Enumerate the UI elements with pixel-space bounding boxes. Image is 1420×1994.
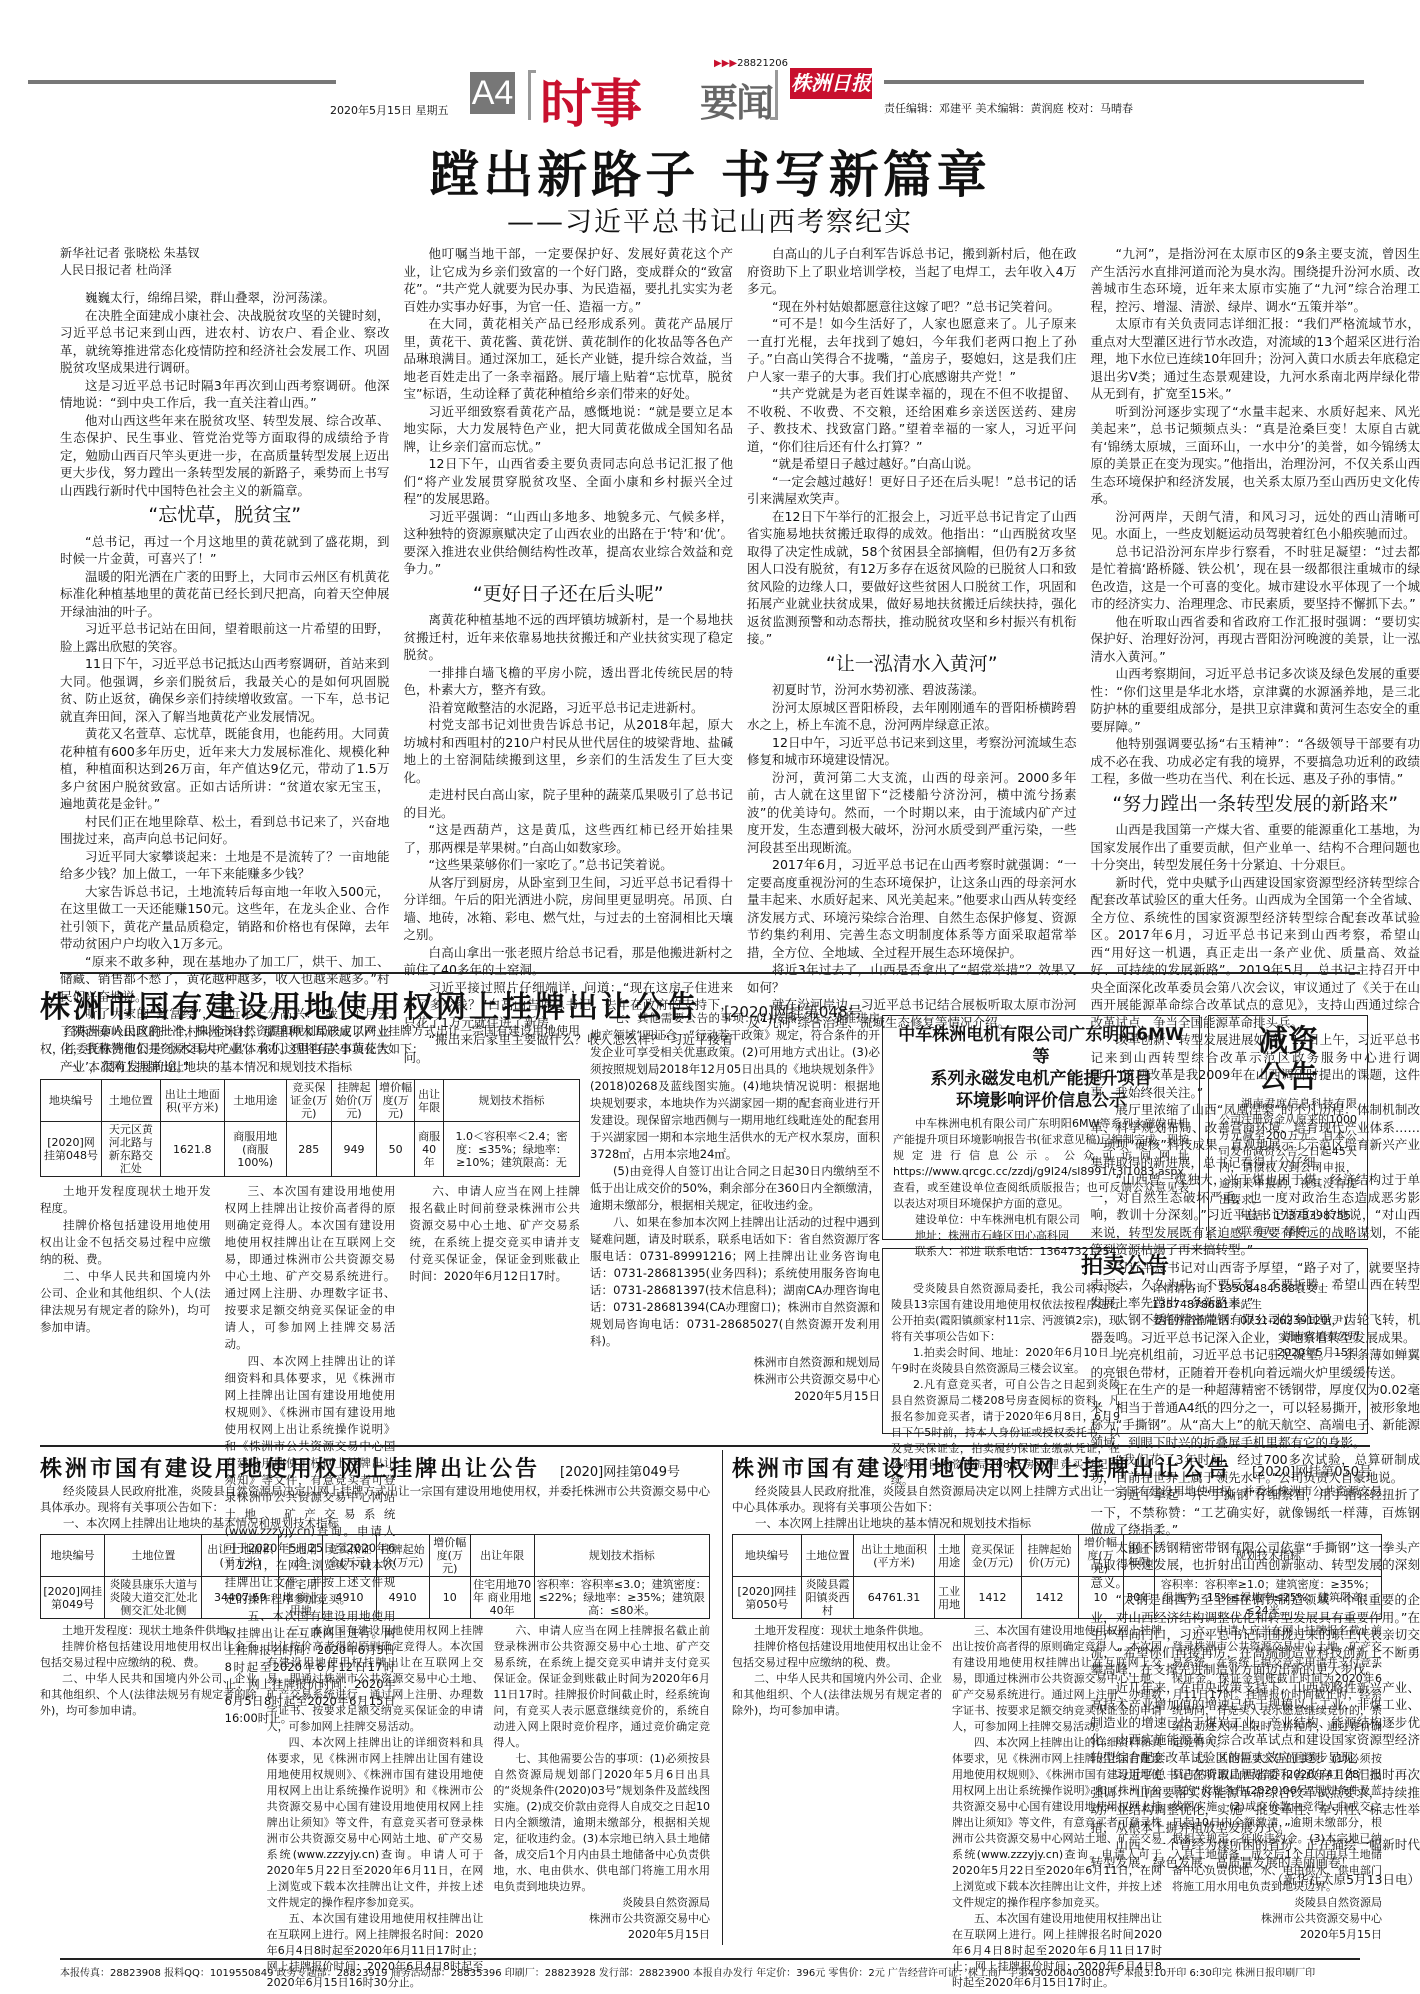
table-cell: 住宅用地70年 商业用地40年 bbox=[470, 1577, 534, 1619]
paragraph: 习近平细致察看黄花产品，感慨地说：“就是要立足本地实际，大力发展特色产业，把大同… bbox=[404, 403, 734, 456]
table-cell: 工业用地 bbox=[934, 1577, 964, 1619]
table-row: [2020]网挂第050号炎陵县霞阳镇炎西村64761.31工业用地141214… bbox=[733, 1577, 1382, 1619]
table-header: 土地用途 bbox=[934, 1535, 964, 1577]
paragraph: “现在外村姑娘都愿意往这嫁了吧？”总书记笑着问。 bbox=[747, 298, 1077, 316]
notice-column: 三、本次国有建设用地使用权网上挂牌出让按价高者得的原则确定竞得人。本次国有建设用… bbox=[267, 1623, 484, 1991]
signature: 株洲市公共资源交易中心 bbox=[493, 1911, 710, 1927]
section-subtitle: 要闻 bbox=[700, 72, 772, 127]
byline: 新华社记者 张晓松 朱基钗 人民日报记者 杜尚泽 bbox=[60, 245, 390, 279]
paragraph: 汾河两岸，天朗气清，和风习习，远处的西山清晰可见。水面上，一些皮划艇运动员驾驶着… bbox=[1091, 508, 1420, 543]
table-header: 竞买保证金(万元) bbox=[286, 1080, 331, 1122]
table-header: 出让年限 bbox=[470, 1535, 534, 1577]
notice-050: 株洲市国有建设用地使用权网上挂牌出让公告 [2020]网挂第050号 经炎陵县人… bbox=[732, 1452, 1382, 1991]
table-row: [2020]网挂第049号炎陵县康乐大道与炎陵大道交汇处北侧交汇处北侧34407… bbox=[41, 1577, 710, 1619]
paragraph: 温暖的阳光洒在广袤的田野上，大同市云州区有机黄花标准化种植基地里的黄花苗已经长到… bbox=[60, 568, 390, 621]
table-cell: 1412 bbox=[964, 1577, 1021, 1619]
paragraph: 黄花又名萱草、忘忧草，既能食用，也能药用。大同黄花种植有600多年历史，近年来大… bbox=[60, 725, 390, 813]
subheading: “更好日子还在后头呢” bbox=[404, 586, 734, 604]
table-cell: [2020]网挂第048号 bbox=[41, 1122, 102, 1177]
paragraph: 汾河，黄河第二大支流，山西的母亲河。2000多年前，古人就在这里留下“泛楼船兮济… bbox=[747, 769, 1077, 857]
auction-notice: 拍卖公告 受炎陵县自然资源局委托，我公司将对炎陵县13宗国有建设用地使用权依法按… bbox=[882, 1248, 1368, 1434]
paragraph: 大家告诉总书记，土地流转后每亩地一年收入500元，在这里做工一天还能赚150元。… bbox=[60, 883, 390, 953]
paragraph: 习近平强调：“山西山多地多、地貌多元、气候多样，这种独特的资源禀赋决定了山西农业… bbox=[404, 508, 734, 578]
paragraph: 在决胜全面建成小康社会、决战脱贫攻坚的关键时刻，习近平总书记来到山西，进农村、访… bbox=[60, 307, 390, 377]
signature: 株洲市公共资源交易中心 bbox=[1172, 1911, 1382, 1927]
table-header: 土地用途 bbox=[224, 1080, 286, 1122]
paragraph: 习近平总书记站在田间，望着眼前这一片希望的田野，脸上露出欣慰的笑容。 bbox=[60, 620, 390, 655]
table-header: 竞买保证金(万元) bbox=[964, 1535, 1021, 1577]
paragraph: 初夏时节，汾河水势初涨、碧波荡漾。 bbox=[747, 681, 1077, 699]
paragraph: 听到汾河逐步实现了“水量丰起来、水质好起来、风光美起来”，总书记频频点头：“真是… bbox=[1091, 403, 1420, 508]
paragraph: 习近平同大家攀谈起来：土地是不是流转了？一亩地能给多少钱？加上做工，一年下来能赚… bbox=[60, 848, 390, 883]
paragraph: 一排排白墙飞檐的平房小院，透出晋北传统民居的特色，朴素大方，整齐有致。 bbox=[404, 664, 734, 699]
subheading: “忘忧草，脱贫宝” bbox=[60, 507, 390, 525]
paragraph: 11日下午，习近平总书记抵达山西考察调研，首站来到大同。他强调，乡亲们脱贫后，我… bbox=[60, 655, 390, 725]
subheading: “努力蹚出一条转型发展的新路来” bbox=[1091, 796, 1420, 814]
notice-049: 株洲市国有建设用地使用权网上挂牌出让公告 [2020]网挂第049号 经炎陵县人… bbox=[40, 1452, 710, 1991]
section-title: 时事 bbox=[540, 62, 640, 137]
notice-column: 土地开发程度：现状土地条件供地。挂牌价格包括建设用地使用权出让金不包括交易过程中… bbox=[732, 1623, 942, 1991]
land-table: 地块编号土地位置出让土地面积(平方米)土地用途竞买保证金(万元)挂牌起始价(万元… bbox=[40, 1534, 710, 1619]
table-header: 土地位置 bbox=[105, 1535, 202, 1577]
paragraph: 山西是我国第一产煤大省、重要的能源重化工基地，为国家发展作出了重要贡献，但产业单… bbox=[1091, 821, 1420, 874]
table-cell: 50 bbox=[377, 1122, 415, 1177]
paragraph: 太原市有关负责同志详细汇报：“我们严格流域节水，重点对大型灌区进行节水改造，对流… bbox=[1091, 315, 1420, 403]
page-number: A4 bbox=[470, 72, 515, 114]
arrow-icon: ▶▶▶ bbox=[714, 58, 737, 69]
table-header: 规划技术指标 bbox=[1155, 1535, 1382, 1577]
paragraph: 他特别强调要弘扬“右玉精神”：“各级领导干部要有功成不必在我、功成必定有我的境界… bbox=[1091, 735, 1420, 788]
capital-reduction-notice: 减资 公告 湖南君度信息科技有限公司注册资金从原来的1000万元减至200万元。… bbox=[1208, 1015, 1368, 1240]
table-cell: 炎陵县霞阳镇炎西村 bbox=[801, 1577, 854, 1619]
table-cell: 30年 bbox=[1123, 1577, 1155, 1619]
table-row: [2020]网挂第048号天元区黄河北路与新东路交汇处1621.8商服用地(商服… bbox=[41, 1122, 580, 1177]
table-cell: 商服40年 bbox=[415, 1122, 444, 1177]
table-cell: 34407.69 bbox=[202, 1577, 279, 1619]
table-cell: 4910 bbox=[376, 1577, 429, 1619]
subheading: “让一泓清水入黄河” bbox=[747, 656, 1077, 674]
paragraph: 在大同，黄花相关产品已经形成系列。黄花产品展厅里，黄花干、黄花酱、黄花饼、黄花制… bbox=[404, 315, 734, 403]
table-header: 土地位置 bbox=[101, 1080, 160, 1122]
table-header: 出让土地面积(平方米) bbox=[160, 1080, 224, 1122]
section-divider bbox=[60, 972, 1360, 974]
table-cell: 4910 bbox=[323, 1577, 376, 1619]
paragraph: “可不是！如今生活好了，人家也愿意来了。儿子原来一直打光棍，去年找到了媳妇，今年… bbox=[747, 315, 1077, 385]
table-header: 地块编号 bbox=[733, 1535, 802, 1577]
land-table: 地块编号土地位置出让土地面积(平方米)土地用途竞买保证金(万元)挂牌起始价(万元… bbox=[732, 1534, 1382, 1619]
paragraph: 村党支部书记刘世贵告诉总书记，从2018年起，原大坊城村和西咀村的210户村民从… bbox=[404, 716, 734, 786]
paragraph: 12日下午，山西省委主要负责同志向总书记汇报了他们“将产业发展贯穿脱贫攻坚、全面… bbox=[404, 455, 734, 508]
paragraph: 沿着宽敞整洁的水泥路，习近平总书记走进新村。 bbox=[404, 699, 734, 717]
table-cell: 住宅用地 商业用地 bbox=[279, 1577, 323, 1619]
signature: 炎陵县自然资源局 bbox=[493, 1895, 710, 1911]
table-cell: 天元区黄河北路与新东路交汇处 bbox=[101, 1122, 160, 1177]
article-subheadline: ——习近平总书记山西考察纪实 bbox=[0, 200, 1420, 239]
table-header: 出让土地面积(平方米) bbox=[202, 1535, 279, 1577]
table-cell: 1621.8 bbox=[160, 1122, 224, 1177]
table-cell: 64761.31 bbox=[854, 1577, 934, 1619]
section-bracket-right bbox=[770, 70, 778, 120]
column-divider bbox=[722, 1450, 723, 1945]
paragraph: 他在听取山西省委和省政府工作汇报时强调：“要切实保护好、治理好汾河，再现古晋阳汾… bbox=[1091, 613, 1420, 666]
paragraph: 12日中午，习近平总书记来到这里，考察汾河流域生态修复和城市环境建设情况。 bbox=[747, 734, 1077, 769]
table-cell: 285 bbox=[286, 1122, 331, 1177]
table-header: 地块编号 bbox=[41, 1535, 105, 1577]
paragraph: “一定会越过越好！更好日子还在后头呢！”总书记的话引来满屋欢笑声。 bbox=[747, 473, 1077, 508]
hotline: ▶▶▶28821206 bbox=[714, 58, 788, 69]
paper-logo: 株洲日报 bbox=[790, 68, 872, 99]
table-header: 竞买保证金(万元) bbox=[323, 1535, 376, 1577]
paragraph: 村民们正在地里除草、松土，看到总书记来了，兴奋地围拢过来，高声向总书记问好。 bbox=[60, 813, 390, 848]
table-cell: 容积率：容积率≤3.0；建筑密度：≤22%；绿地率：≥35%；建筑限高：≤80米… bbox=[534, 1577, 709, 1619]
table-cell: 10 bbox=[1078, 1577, 1123, 1619]
table-header: 土地位置 bbox=[801, 1535, 854, 1577]
paragraph: 他对山西这些年来在脱贫攻坚、转型发展、综合改革、生态保护、民生事业、管党治党等方… bbox=[60, 412, 390, 500]
paragraph: 离黄花种植基地不远的西坪镇坊城新村，是一个易地扶贫搬迁村，近年来依靠易地扶贫搬迁… bbox=[404, 611, 734, 664]
paragraph: 走进村民白高山家，院子里种的蔬菜瓜果吸引了总书记的目光。 bbox=[404, 786, 734, 821]
signature: 2020年5月15日 bbox=[493, 1927, 710, 1943]
table-cell: 10 bbox=[429, 1577, 470, 1619]
article-headline: 蹚出新路子 书写新篇章 bbox=[0, 135, 1420, 207]
table-header: 增价幅度(万元) bbox=[377, 1080, 415, 1122]
paragraph: 这是习近平总书记时隔3年再次到山西考察调研。他深情地说：“到中央工作后，我一直关… bbox=[60, 377, 390, 412]
notice-number: [2020]网挂第050号 bbox=[1252, 1461, 1372, 1480]
signature: 株洲市自然资源和规划局 株洲市公共资源交易中心 2020年5月15日 bbox=[590, 1354, 880, 1405]
masthead-rule-right bbox=[884, 80, 1364, 84]
env-impact-notice: 中车株洲电机有限公司广东明阳6MW等 系列永磁发电机产能提升项目 环境影响评价信… bbox=[882, 1015, 1200, 1240]
notice-column: 三、本次国有建设用地使用权网上挂牌出让按价高者得的原则确定竞得人。本次国有建设用… bbox=[952, 1623, 1162, 1991]
table-cell: 949 bbox=[331, 1122, 376, 1177]
table-header: 规划技术指标 bbox=[534, 1535, 709, 1577]
table-cell: 1412 bbox=[1021, 1577, 1078, 1619]
land-table: 地块编号土地位置出让土地面积(平方米)土地用途竞买保证金(万元)挂牌起始价(万元… bbox=[40, 1079, 580, 1177]
paragraph: 在12日下午举行的汇报会上，习近平总书记肯定了山西省实施易地扶贫搬迁取得的成效。… bbox=[747, 508, 1077, 648]
table-cell: 商服用地(商服100%) bbox=[224, 1122, 286, 1177]
table-header: 地块编号 bbox=[41, 1080, 102, 1122]
table-header: 出让土地面积(平方米) bbox=[854, 1535, 934, 1577]
table-cell: 1.0＜容积率＜2.4；密度：≤35%；绿地率：≥10%；建筑限高：无 bbox=[444, 1122, 580, 1177]
table-cell: 炎陵县康乐大道与炎陵大道交汇处北侧交汇处北侧 bbox=[105, 1577, 202, 1619]
paragraph: 新时代，党中央赋予山西建设国家资源型经济转型综合配套改革试验区的重大任务。山西成… bbox=[1091, 874, 1420, 1032]
paragraph: “共产党就是为老百姓谋幸福的，现在不但不收提留、不收税、不收费、不交粮，还给困难… bbox=[747, 385, 1077, 455]
paragraph: 巍巍太行，绵绵吕梁，群山叠翠，汾河荡漾。 bbox=[60, 289, 390, 307]
table-header: 增价幅度(万元) bbox=[1078, 1535, 1123, 1577]
notice-column: 六、申请人应当在网上挂牌报名截止前登录株洲市公共资源交易中心土地、矿产交易系统，… bbox=[1172, 1623, 1382, 1991]
table-header: 挂牌起始价(万元) bbox=[1021, 1535, 1078, 1577]
table-header: 挂牌起始价(万元) bbox=[331, 1080, 376, 1122]
table-cell: [2020]网挂第049号 bbox=[41, 1577, 105, 1619]
table-header: 规划技术指标 bbox=[444, 1080, 580, 1122]
paragraph: 汾河太原城区晋阳桥段，去年刚刚通车的晋阳桥横跨碧水之上，桥上车流不息，汾河两岸绿… bbox=[747, 699, 1077, 734]
paragraph: 总书记沿汾河东岸步行察看，不时驻足凝望：“过去都是忙着搞‘路桥隧、铁公机’，现在… bbox=[1091, 543, 1420, 613]
table-header: 出让年限 bbox=[415, 1080, 444, 1122]
paragraph: 他叮嘱当地干部，一定要保护好、发展好黄花这个产业，让它成为乡亲们致富的一个好门路… bbox=[404, 245, 734, 315]
notice-title: 株洲市国有建设用地使用权网上挂牌出让公告 bbox=[40, 1452, 540, 1483]
signature: 2020年5月15日 bbox=[1172, 1927, 1382, 1943]
editor-credits: 责任编辑：邓建平 美术编辑：黄润庭 校对：马晴春 bbox=[884, 100, 1133, 116]
table-cell: 容积率：容积率≥1.0；建筑密度：≥35%；绿地率：15%≤绿地率≤25%；建筑… bbox=[1155, 1577, 1382, 1619]
table-header: 土地用途 bbox=[279, 1535, 323, 1577]
paragraph: 白高山的儿子白利军告诉总书记，搬到新村后，他在政府资助下上了职业培训学校，当起了… bbox=[747, 245, 1077, 298]
paragraph: 2017年6月，习近平总书记在山西考察时就强调：“一定要高度重视汾河的生态环境保… bbox=[747, 856, 1077, 961]
article-body: 新华社记者 张晓松 朱基钗 人民日报记者 杜尚泽 巍巍太行，绵绵吕梁，群山叠翠，… bbox=[60, 245, 1420, 945]
paragraph: “九河”，是指汾河在太原市区的9条主要支流，曾因生产生活污水直排河道而沦为臭水沟… bbox=[1091, 245, 1420, 315]
notice-title: 株洲市国有建设用地使用权网上挂牌出让公告 bbox=[732, 1452, 1232, 1483]
section-divider bbox=[40, 1445, 1370, 1447]
table-header: 挂牌起始价(万元) bbox=[376, 1535, 429, 1577]
notice-column: 六、申请人应当在网上挂牌报名截止前登录株洲市公共资源交易中心土地、矿产交易系统，… bbox=[493, 1623, 710, 1991]
issue-date: 2020年5月15日 星期五 bbox=[330, 102, 449, 118]
paragraph: 从客厅到厨房，从卧室到卫生间，习近平总书记看得十分详细。午后的阳光洒进小院，房间… bbox=[404, 874, 734, 944]
paragraph: “这些果菜够你们一家吃了。”总书记笑着说。 bbox=[404, 856, 734, 874]
signature: 炎陵县自然资源局 bbox=[1172, 1895, 1382, 1911]
paragraph: “就是希望日子越过越好。”白高山说。 bbox=[747, 455, 1077, 473]
table-header: 出让年限 bbox=[1123, 1535, 1155, 1577]
table-header: 增价幅度(万元) bbox=[429, 1535, 470, 1577]
section-bracket-left bbox=[528, 70, 536, 120]
paragraph: 山西考察期间，习近平总书记多次谈及绿色发展的重要性：“你们这里是华北水塔，京津冀… bbox=[1091, 665, 1420, 735]
notice-column: 土地开发程度：现状土地条件供地。挂牌价格包括建设用地使用权出让金不包括交易过程中… bbox=[40, 1623, 257, 1991]
paragraph: “这是西葫芦，这是黄瓜，这些西红柿已经开始挂果了，那两棵是苹果树。”白高山如数家… bbox=[404, 821, 734, 856]
notice-048-col4: 七、其他需要公告的事项：(1)按照《进一步推进房地产领域“四证合一”行动若干政策… bbox=[590, 1010, 880, 1405]
footer-info: 本报传真：28823908 报料QQ：1019550849 政务专题部：2882… bbox=[60, 1958, 1360, 1979]
table-cell: [2020]网挂第050号 bbox=[733, 1577, 802, 1619]
notice-number: [2020]网挂第049号 bbox=[560, 1461, 680, 1480]
paragraph: “总书记，再过一个月这地里的黄花就到了盛花期，到时候一片金黄，可喜兴了！” bbox=[60, 533, 390, 568]
masthead-rule-left bbox=[28, 80, 336, 84]
